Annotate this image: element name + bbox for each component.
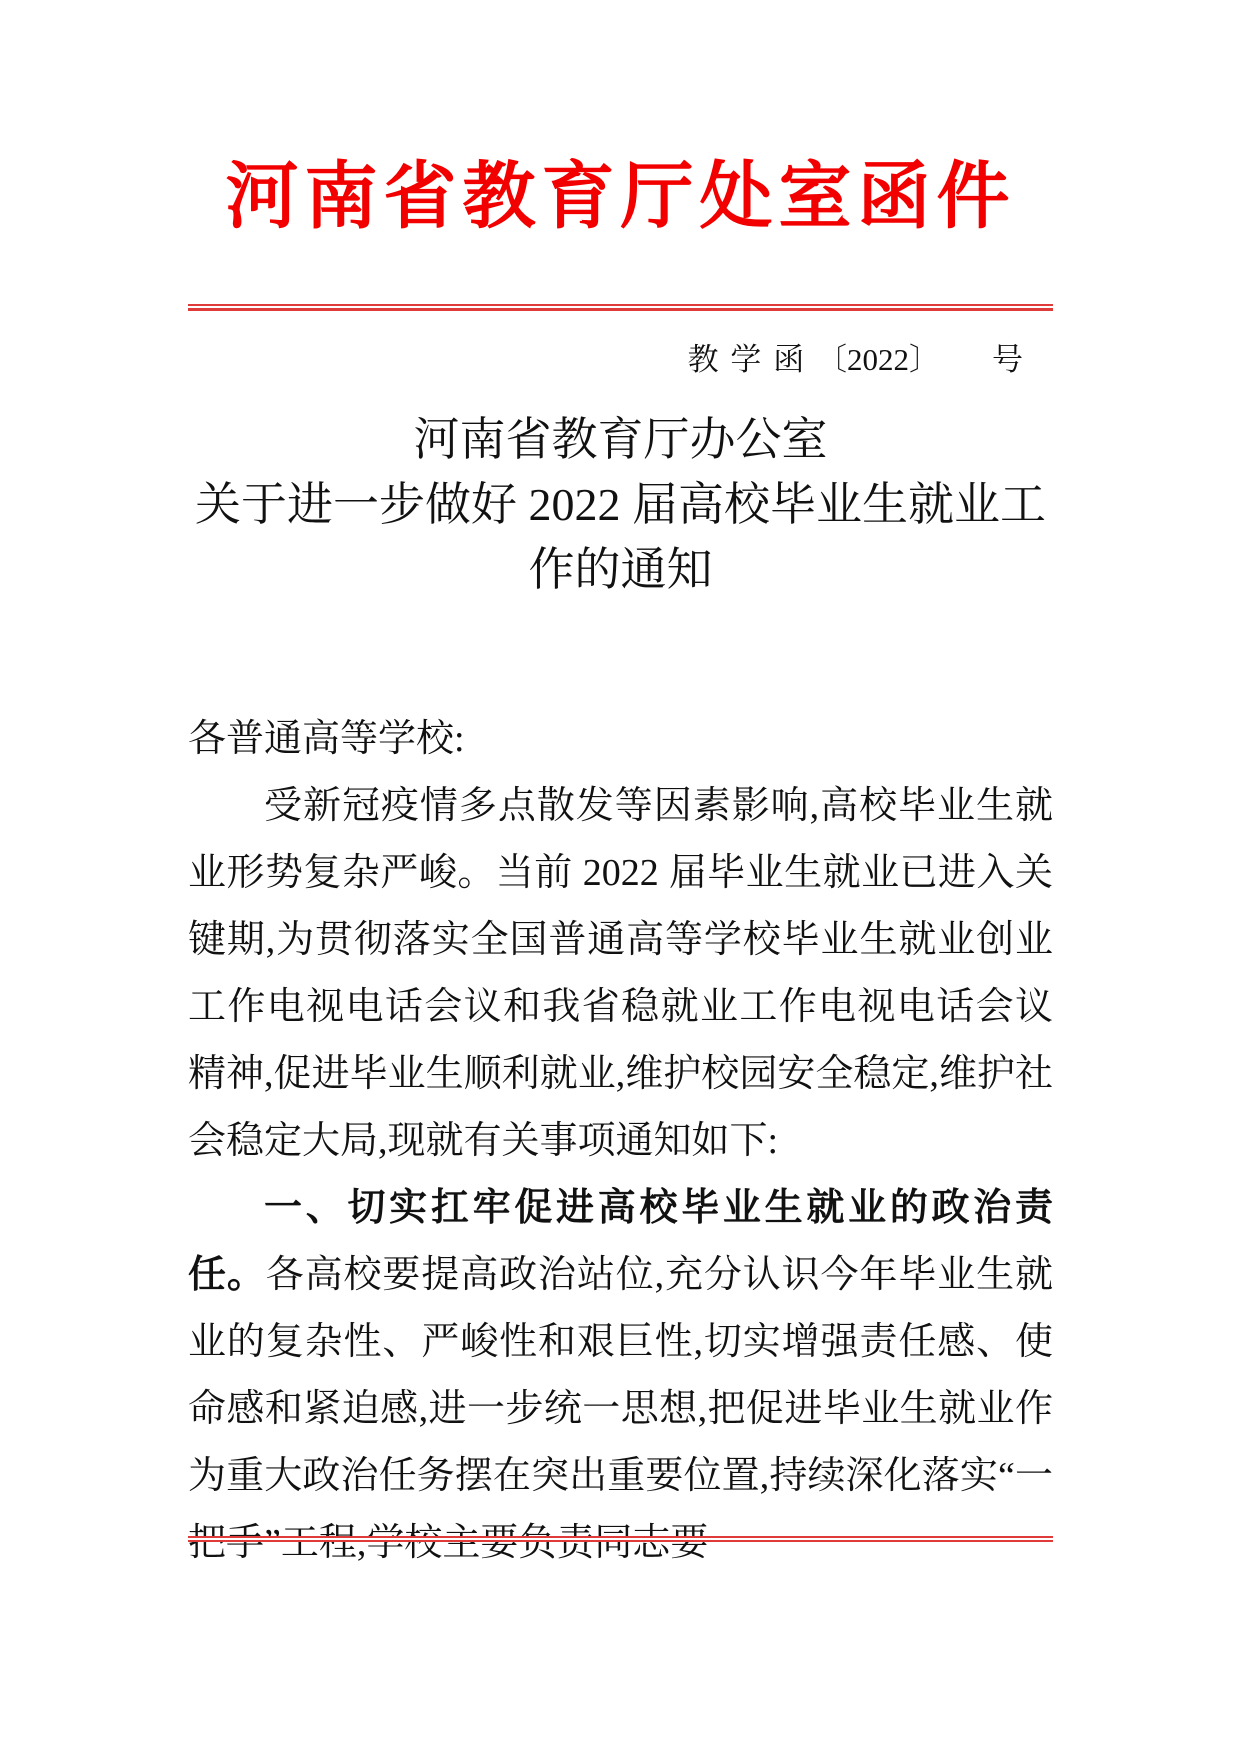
doc-number: 教学函〔2022〕号 xyxy=(188,337,1053,383)
doc-number-label: 号 xyxy=(992,342,1023,377)
document-page: 河南省教育厅处室函件 教学函〔2022〕号 河南省教育厅办公室 关于进一步做好 … xyxy=(0,0,1241,1754)
body-paragraph-2: 一、切实扛牢促进高校毕业生就业的政治责任。各高校要提高政治站位,充分认识今年毕业… xyxy=(188,1175,1053,1577)
body-paragraph-2-text: 各高校要提高政治站位,充分认识今年毕业生就业的复杂性、严峻性和艰巨性,切实增强责… xyxy=(188,1254,1053,1564)
salutation: 各普通高等学校: xyxy=(188,706,1053,773)
document-body: 各普通高等学校: 受新冠疫情多点散发等因素影响,高校毕业生就业形势复杂严峻。当前… xyxy=(188,706,1053,1577)
doc-title: 河南省教育厅办公室 关于进一步做好 2022 届高校毕业生就业工 作的通知 xyxy=(100,407,1141,602)
letterhead-divider xyxy=(188,304,1053,311)
footer-divider xyxy=(188,1536,1053,1542)
doc-title-line-1: 河南省教育厅办公室 xyxy=(100,407,1141,472)
body-paragraph-1: 受新冠疫情多点散发等因素影响,高校毕业生就业形势复杂严峻。当前 2022 届毕业… xyxy=(188,773,1053,1175)
letterhead-title: 河南省教育厅处室函件 xyxy=(60,146,1181,248)
doc-title-line-2: 关于进一步做好 2022 届高校毕业生就业工 xyxy=(100,472,1141,537)
doc-number-year: 〔2022〕 xyxy=(816,342,940,377)
doc-number-issuer: 教学函 xyxy=(688,342,816,377)
doc-title-line-3: 作的通知 xyxy=(100,537,1141,602)
